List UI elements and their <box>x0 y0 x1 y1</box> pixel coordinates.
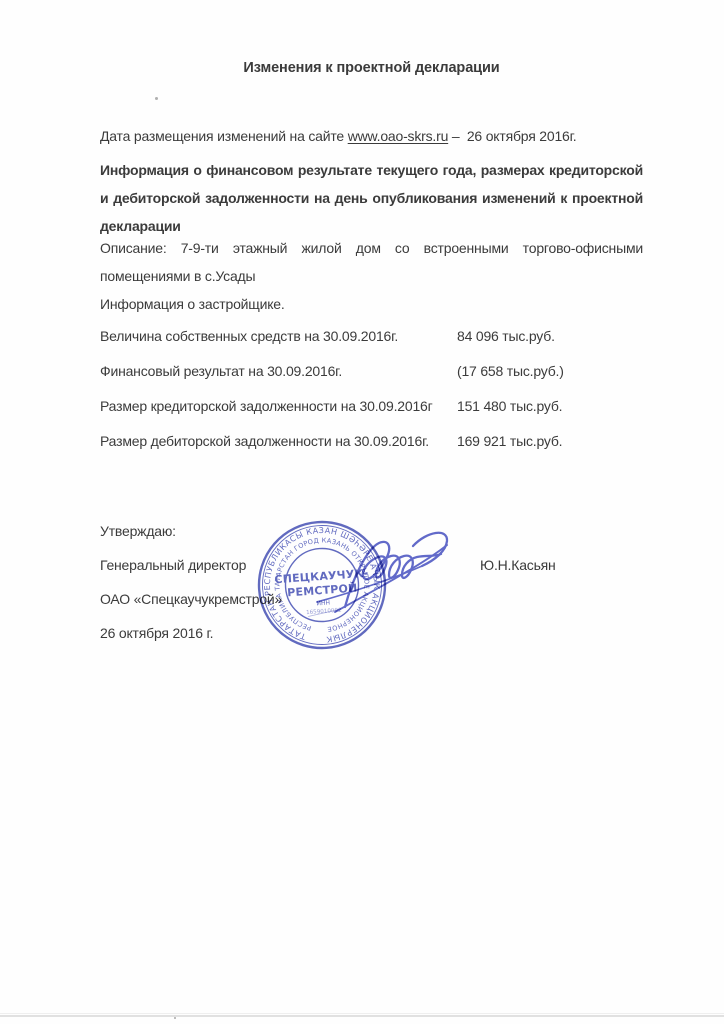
fin-label-fin-result: Финансовый результат на 30.09.2016г. <box>100 357 457 385</box>
fin-label-creditor-debt: Размер кредиторской задолженности на 30.… <box>100 392 457 420</box>
publish-date-prefix: Дата размещения изменений на сайте <box>100 128 348 144</box>
fin-value-debtor-debt: 169 921 тыс.руб. <box>457 427 562 455</box>
table-row: Финансовый результат на 30.09.2016г. (17… <box>100 353 660 388</box>
table-row: Величина собственных средств на 30.09.20… <box>100 318 660 353</box>
table-row: Размер дебиторской задолженности на 30.0… <box>100 423 660 458</box>
signer-name: Ю.Н.Касьян <box>480 551 556 579</box>
site-link: www.oao-skrs.ru <box>348 128 448 144</box>
signature-graphic <box>295 515 485 635</box>
signature-date: 26 октября 2016 г. <box>100 619 213 647</box>
fin-value-creditor-debt: 151 480 тыс.руб. <box>457 392 562 420</box>
scanned-document-page: Изменения к проектной декларации Дата ра… <box>0 0 724 1024</box>
scan-dot-artifact <box>155 97 158 100</box>
fin-value-own-funds: 84 096 тыс.руб. <box>457 322 555 350</box>
document-title: Изменения к проектной декларации <box>100 60 643 76</box>
fin-label-debtor-debt: Размер дебиторской задолженности на 30.0… <box>100 427 457 455</box>
approve-label: Утверждаю: <box>100 517 176 545</box>
scan-edge-line <box>0 1013 724 1014</box>
scan-edge-line <box>0 1015 724 1017</box>
director-title: Генеральный директор <box>100 551 246 579</box>
fin-value-fin-result: (17 658 тыс.руб.) <box>457 357 564 385</box>
project-description: Описание: 7-9-ти этажный жилой дом со вс… <box>100 234 643 290</box>
financial-info-heading: Информация о финансовом результате текущ… <box>100 156 643 240</box>
developer-info-line: Информация о застройщике. <box>100 290 643 318</box>
handwritten-signature <box>295 515 485 635</box>
fin-label-own-funds: Величина собственных средств на 30.09.20… <box>100 322 457 350</box>
publish-date-suffix: – 26 октября 2016г. <box>448 128 576 144</box>
table-row: Размер кредиторской задолженности на 30.… <box>100 388 660 423</box>
publish-date-line: Дата размещения изменений на сайте www.o… <box>100 122 660 150</box>
financials-table: Величина собственных средств на 30.09.20… <box>100 318 660 458</box>
scan-speck-artifact <box>174 1017 176 1019</box>
